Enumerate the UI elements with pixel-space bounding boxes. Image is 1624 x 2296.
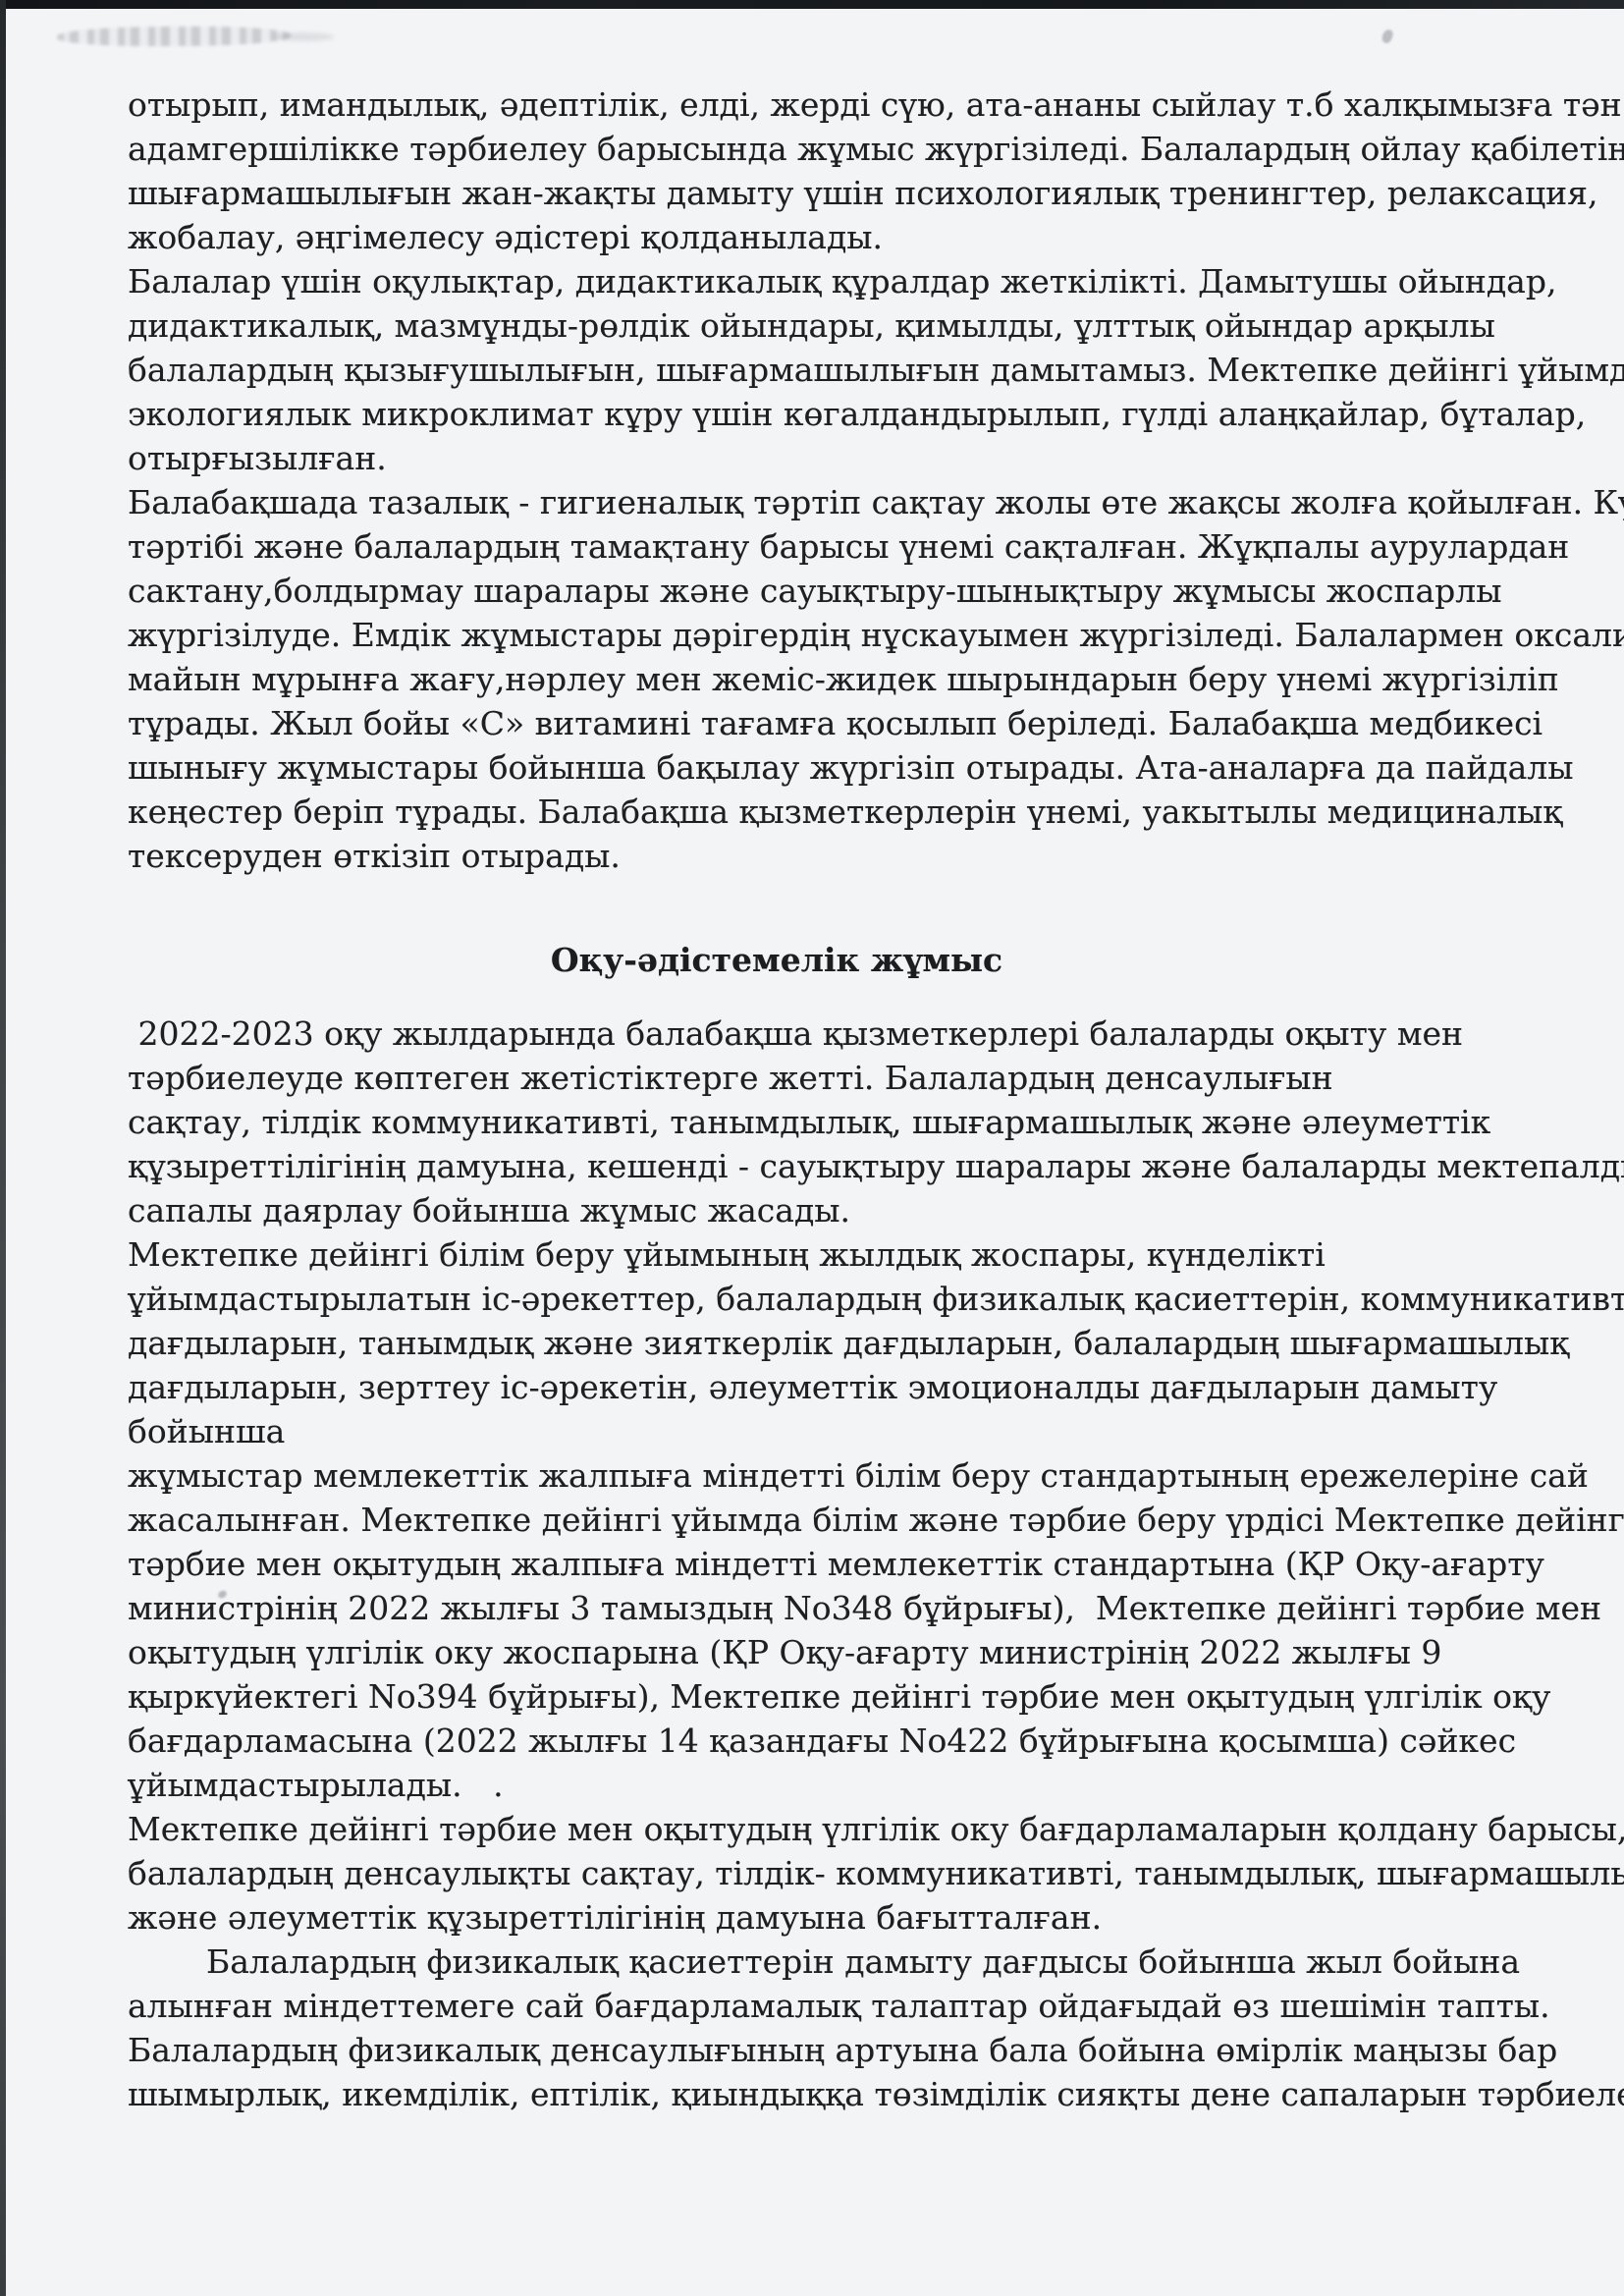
text-line: қыркүйектегі No394 бұйрығы), Мектепке де… <box>128 1674 1563 1719</box>
text-line: дидактикалық, мазмұнды-рөлдік ойындары, … <box>128 303 1563 348</box>
text-line: отырғызылған. <box>128 436 1563 480</box>
text-line: шығармашылығын жан-жақты дамыту үшін пси… <box>128 171 1563 215</box>
text-line: жұмыстар мемлекеттік жалпыға міндетті бі… <box>128 1453 1563 1498</box>
text-line: 2022-2023 оқу жылдарында балабақша қызме… <box>128 1011 1563 1056</box>
text-line: тұрады. Жыл бойы «С» витамині тағамға қо… <box>128 701 1563 745</box>
text-line: ұйымдастырылатын іс-әрекеттер, балаларды… <box>128 1277 1563 1321</box>
text-line: құзыреттілігінің дамуына, кешенді - сауы… <box>128 1144 1563 1188</box>
text-line: шынығу жұмыстары бойынша бақылау жүргізі… <box>128 745 1563 790</box>
scan-edge-left <box>0 0 6 2296</box>
text-line: бойынша <box>128 1409 1563 1453</box>
text-line: Мектепке дейінгі білім беру ұйымының жыл… <box>128 1232 1563 1277</box>
scan-speck-artifact <box>1380 28 1394 44</box>
text-line: Балабақшада тазалық - гигиеналық тәртіп … <box>128 480 1563 524</box>
text-line: тексеруден өткізіп отырады. <box>128 834 1563 878</box>
text-line: және әлеуметтік құзыреттілігінің дамуына… <box>128 1895 1563 1940</box>
text-line: балалардың қызығушылығын, шығармашылығын… <box>128 348 1563 392</box>
text-line: майын мұрынға жағу,нәрлеу мен жеміс-жиде… <box>128 657 1563 701</box>
text-line: сапалы даярлау бойынша жұмыс жасады. <box>128 1188 1563 1232</box>
pencil-smudge-artifact <box>57 26 291 47</box>
document-body: отырып, имандылық, әдептілік, елді, жерд… <box>128 82 1563 2116</box>
text-line: жүргізілуде. Емдік жұмыстары дәрігердің … <box>128 613 1563 657</box>
text-line: кеңестер беріп тұрады. Балабақша қызметк… <box>128 790 1563 834</box>
text-line: Балалардың физикалық қасиеттерін дамыту … <box>128 1940 1563 1984</box>
text-line: оқытудың үлгілік оку жоспарына (ҚР Оқу-а… <box>128 1630 1563 1674</box>
text-line: дағдыларын, танымдық және зияткерлік дағ… <box>128 1321 1563 1365</box>
text-line: адамгершілікке тәрбиелеу барысында жұмыс… <box>128 127 1563 171</box>
text-line: тәртібі және балалардың тамақтану барысы… <box>128 524 1563 569</box>
text-line: бағдарламасына (2022 жылғы 14 қазандағы … <box>128 1719 1563 1763</box>
section-heading: Оқу-әдістемелік жұмыс <box>128 938 1426 983</box>
text-line: тәрбие мен оқытудың жалпыға міндетті мем… <box>128 1542 1563 1586</box>
text-line: жасалынған. Мектепке дейінгі ұйымда білі… <box>128 1498 1563 1542</box>
text-line: дағдыларын, зерттеу іс-әрекетін, әлеумет… <box>128 1365 1563 1409</box>
text-line: балалардың денсаулықты сақтау, тілдік- к… <box>128 1851 1563 1895</box>
text-line: Балалардың физикалық денсаулығының артуы… <box>128 2028 1563 2072</box>
paragraph-1: отырып, имандылық, әдептілік, елді, жерд… <box>128 82 1563 878</box>
text-line: ұйымдастырылады. . <box>128 1763 1563 1807</box>
text-line: сактану,болдырмау шаралары және сауықтыр… <box>128 569 1563 613</box>
paragraph-2: 2022-2023 оқу жылдарында балабақша қызме… <box>128 1011 1563 2116</box>
text-line: шымырлық, икемділік, ептілік, қиындыққа … <box>128 2072 1563 2116</box>
text-line: Мектепке дейінгі тәрбие мен оқытудың үлг… <box>128 1807 1563 1851</box>
scanned-page: отырып, имандылық, әдептілік, елді, жерд… <box>0 0 1624 2296</box>
text-line: отырып, имандылық, әдептілік, елді, жерд… <box>128 82 1563 127</box>
text-line: Балалар үшін оқулықтар, дидактикалық құр… <box>128 259 1563 303</box>
text-line: алынған міндеттемеге сай бағдарламалық т… <box>128 1984 1563 2028</box>
smudge-tail-artifact <box>275 32 334 41</box>
text-line: экологиялык микроклимат кұру үшін көгалд… <box>128 392 1563 436</box>
scan-edge-top <box>0 0 1624 9</box>
text-line: тәрбиелеуде көптеген жетістіктерге жетті… <box>128 1056 1563 1100</box>
text-line: жобалау, әңгімелесу әдістері қолданылады… <box>128 215 1563 259</box>
text-line: министрінің 2022 жылғы 3 тамыздың No348 … <box>128 1586 1563 1630</box>
text-line: сақтау, тілдік коммуникативті, танымдылы… <box>128 1100 1563 1144</box>
